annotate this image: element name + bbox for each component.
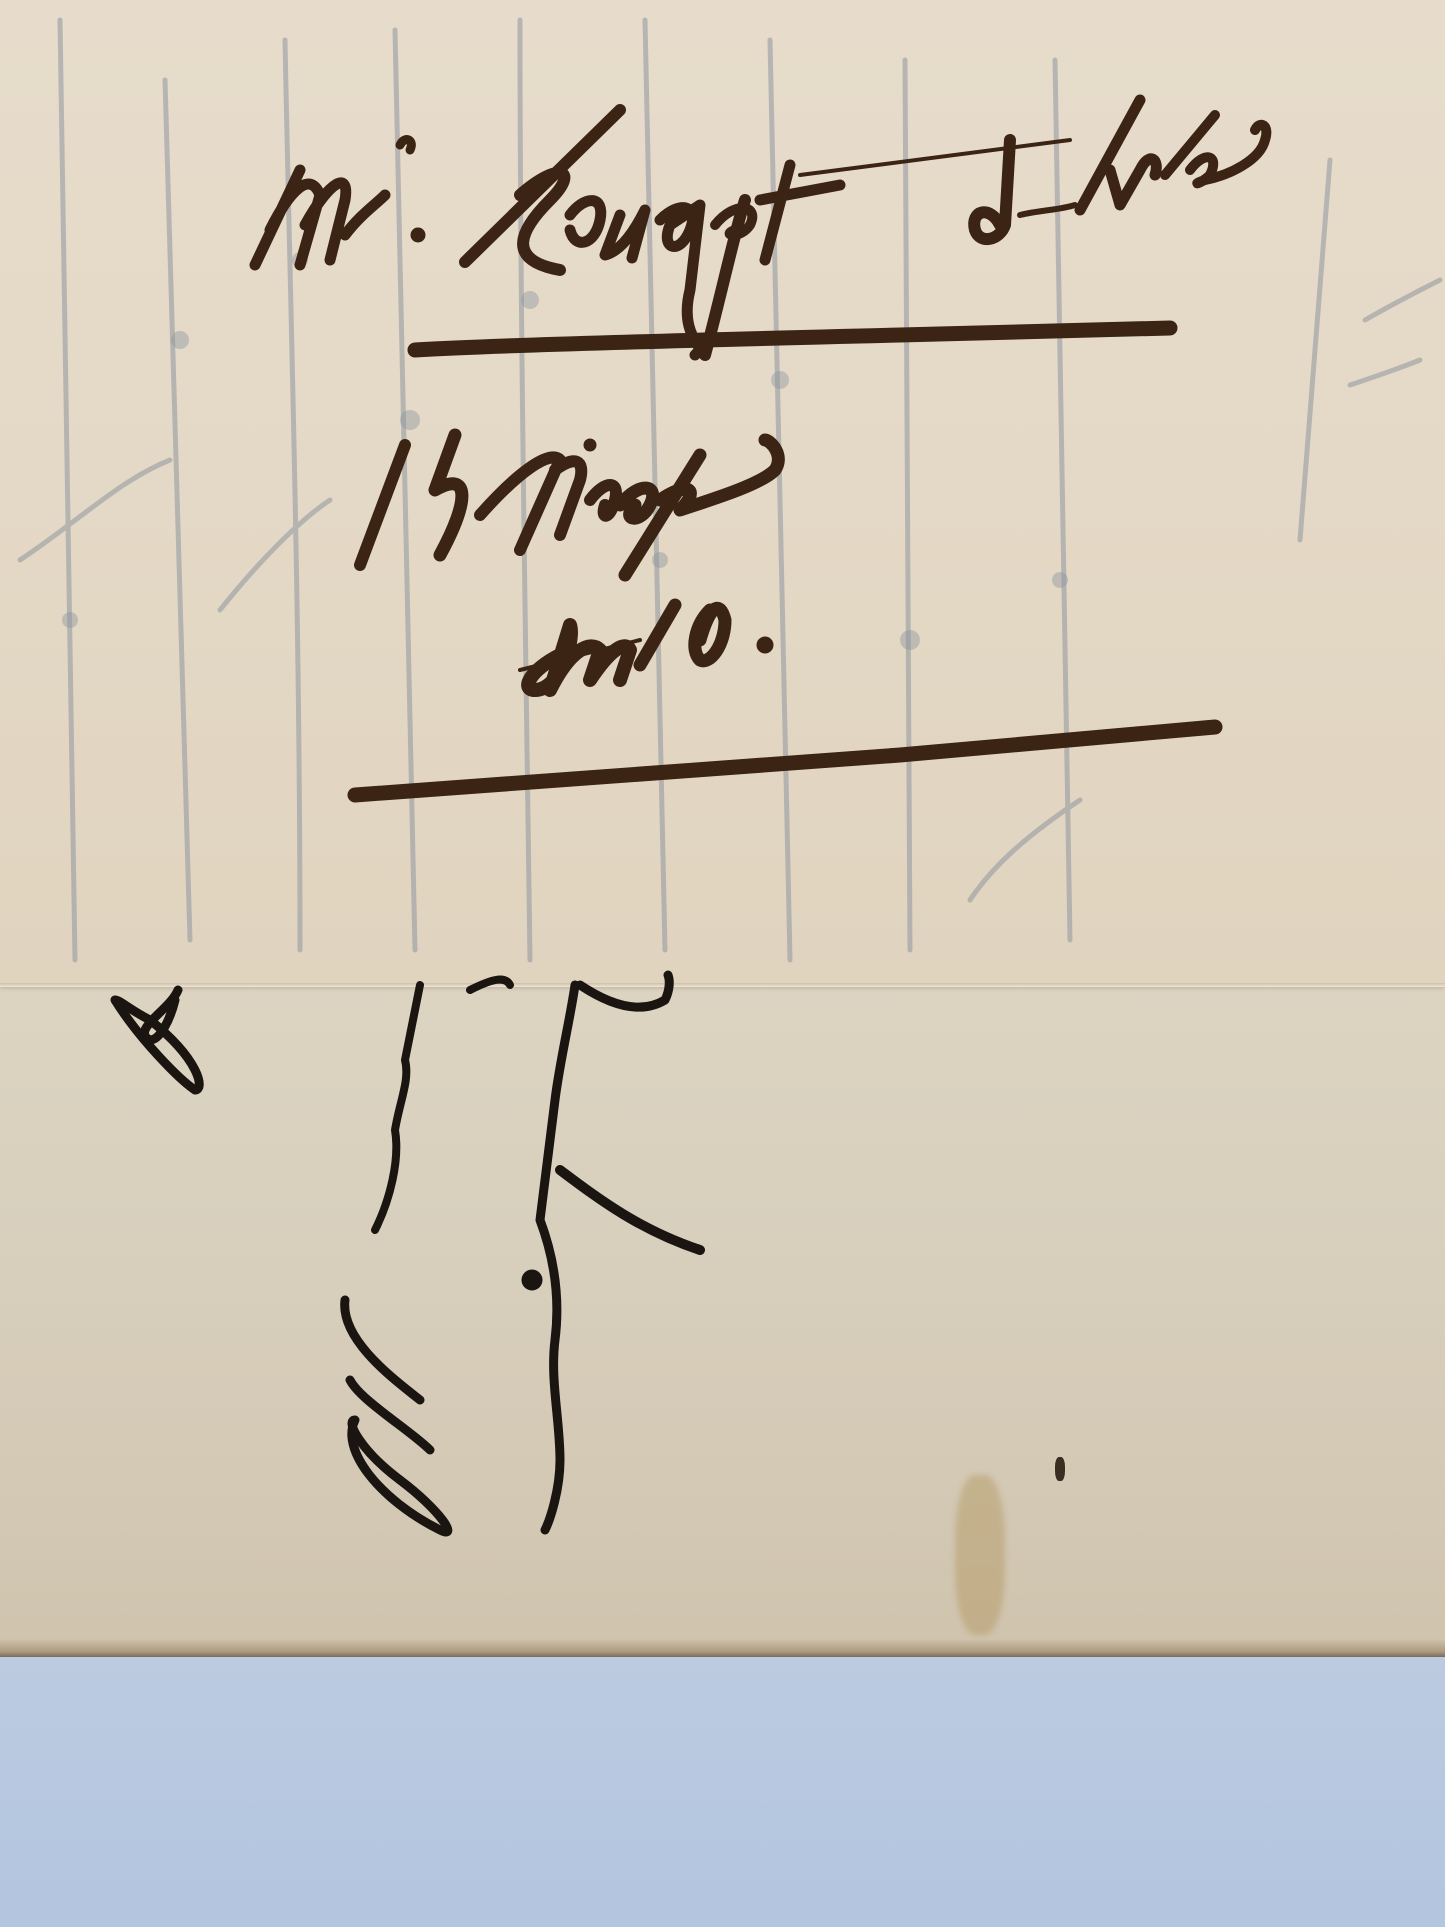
bleed-through-writing (0, 0, 1445, 985)
ink-speck (1055, 1457, 1065, 1481)
fold-edge (0, 983, 1445, 987)
water-stain (955, 1475, 1005, 1635)
backdrop-surface (0, 1655, 1445, 1927)
paper-lower-panel: R Monsieur rue Greffon (0, 960, 1445, 1657)
